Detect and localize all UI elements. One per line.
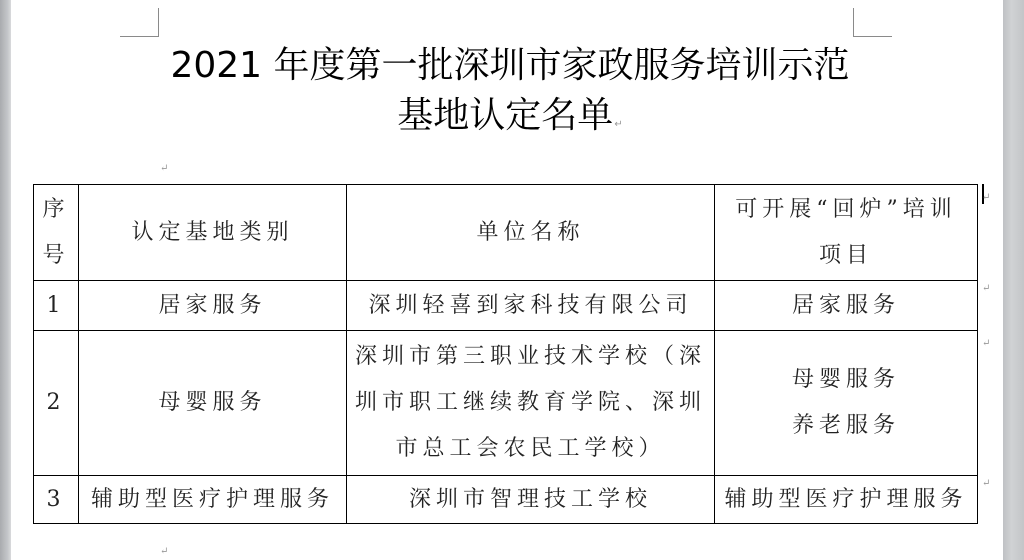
- table-header-row: 序 号 认定基地类别 单位名称 可开展“回炉”培训 项目: [34, 185, 978, 281]
- base-list-table: 序 号 认定基地类别 单位名称 可开展“回炉”培训 项目 1 居家服务 深圳轻喜…: [33, 184, 978, 524]
- header-category[interactable]: 认定基地类别: [79, 185, 347, 281]
- cell-category[interactable]: 辅助型医疗护理服务: [79, 476, 347, 524]
- cell-unit-name[interactable]: 深圳轻喜到家科技有限公司: [347, 281, 715, 331]
- header-training-line-2: 项目: [715, 233, 977, 279]
- paragraph-mark-icon: ↵: [614, 119, 622, 130]
- title-line-2-text: 基地认定名单: [397, 95, 613, 136]
- header-seq[interactable]: 序 号: [34, 185, 79, 281]
- row-end-mark-icon: ↵: [982, 478, 990, 489]
- cell-seq[interactable]: 2: [34, 331, 79, 476]
- row-end-mark-icon: ↵: [982, 338, 990, 349]
- paragraph-mark-icon: ↵: [160, 163, 168, 174]
- table-row: 2 母婴服务 深圳市第三职业技术学校（深 圳市职工继续教育学院、深圳 市总工会农…: [34, 331, 978, 476]
- row-end-mark-icon: ↵: [982, 283, 990, 294]
- cell-unit-name[interactable]: 深圳市智理技工学校: [347, 476, 715, 524]
- training-item: 母婴服务: [715, 357, 977, 403]
- unit-name-line: 圳市职工继续教育学院、深圳: [347, 380, 714, 426]
- page-left-margin: [0, 0, 11, 560]
- cell-unit-name[interactable]: 深圳市第三职业技术学校（深 圳市职工继续教育学院、深圳 市总工会农民工学校）: [347, 331, 715, 476]
- cell-training-items[interactable]: 居家服务: [715, 281, 978, 331]
- cell-training-items[interactable]: 母婴服务 养老服务: [715, 331, 978, 476]
- cell-training-items[interactable]: 辅助型医疗护理服务: [715, 476, 978, 524]
- row-end-mark-icon: ↵: [982, 192, 990, 203]
- table-row: 3 辅助型医疗护理服务 深圳市智理技工学校 辅助型医疗护理服务: [34, 476, 978, 524]
- vertical-scrollbar[interactable]: [1003, 0, 1024, 560]
- header-seq-line-2: 号: [34, 233, 78, 279]
- header-training-line-1: 可开展“回炉”培训: [715, 187, 977, 233]
- paragraph-mark-icon: ↵: [160, 546, 168, 557]
- cell-seq[interactable]: 3: [34, 476, 79, 524]
- crop-mark-top-left: [120, 8, 159, 37]
- table-row: 1 居家服务 深圳轻喜到家科技有限公司 居家服务: [34, 281, 978, 331]
- unit-name-line: 深圳市第三职业技术学校（深: [347, 334, 714, 380]
- header-seq-line-1: 序: [34, 187, 78, 233]
- document-title-line-1: 2021 年度第一批深圳市家政服务培训示范: [110, 48, 910, 84]
- header-training-items[interactable]: 可开展“回炉”培训 项目: [715, 185, 978, 281]
- crop-mark-top-right: [853, 8, 892, 37]
- cell-category[interactable]: 居家服务: [79, 281, 347, 331]
- cell-seq[interactable]: 1: [34, 281, 79, 331]
- header-unit-name[interactable]: 单位名称: [347, 185, 715, 281]
- cell-category[interactable]: 母婴服务: [79, 331, 347, 476]
- unit-name-line: 市总工会农民工学校）: [347, 426, 714, 472]
- document-title-line-2: 基地认定名单↵: [110, 98, 910, 134]
- training-item: 养老服务: [715, 403, 977, 449]
